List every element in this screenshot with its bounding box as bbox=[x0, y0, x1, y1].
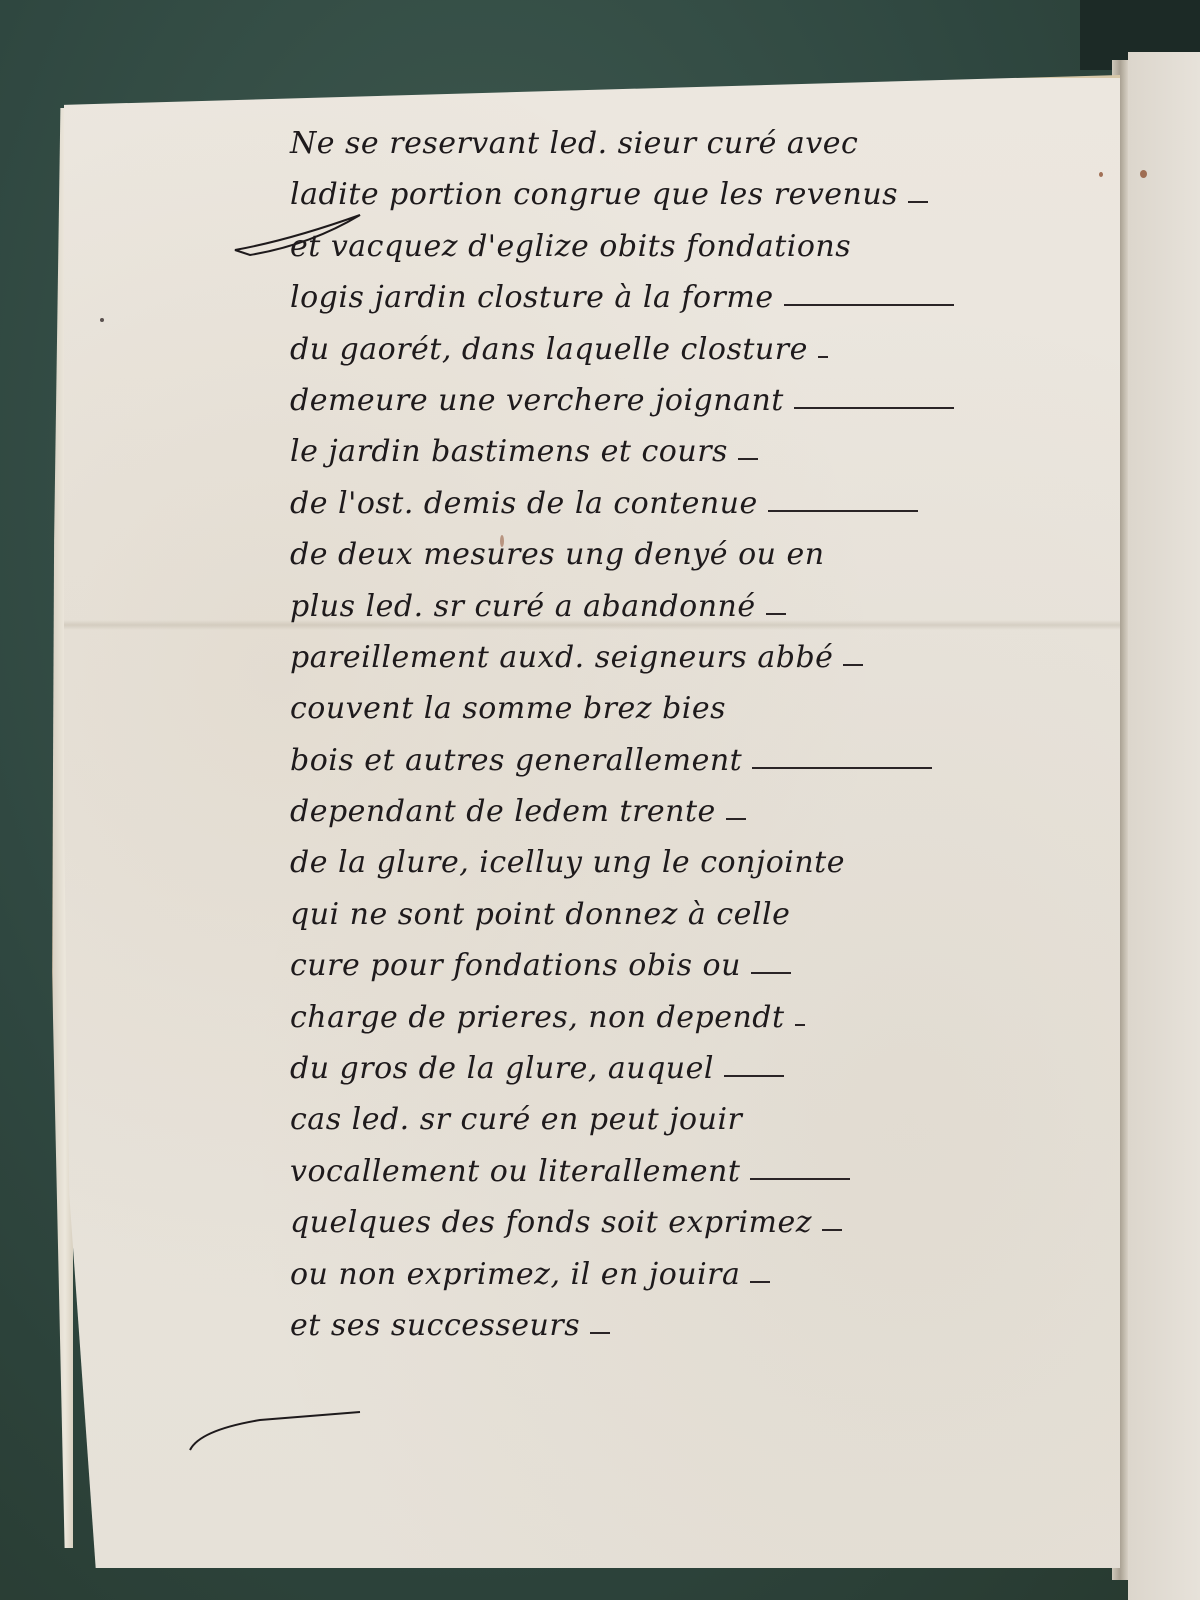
manuscript-line: couvent la somme brez bies bbox=[290, 683, 1120, 734]
manuscript-line: de la glure, icelluy ung le conjointe bbox=[290, 837, 1120, 888]
manuscript-line: Ne se reservant led. sieur curé avec bbox=[290, 118, 1120, 169]
manuscript-line: et vacquez d'eglize obits fondations bbox=[290, 221, 1120, 272]
manuscript-line-text: du gaorét, dans laquelle closture bbox=[290, 332, 808, 367]
manuscript-line-text: vocallement ou literallement bbox=[290, 1154, 740, 1189]
manuscript-line: ou non exprimez, il en jouira bbox=[290, 1249, 1120, 1300]
manuscript-line-text: de deux mesures ung denyé ou en bbox=[290, 537, 825, 572]
line-filler-stroke bbox=[843, 664, 863, 666]
manuscript-line: du gros de la glure, auquel bbox=[290, 1043, 1120, 1094]
manuscript-line-text: et ses successeurs bbox=[290, 1308, 580, 1343]
line-filler-stroke bbox=[794, 407, 954, 409]
manuscript-line-text: bois et autres generallement bbox=[290, 743, 742, 778]
facing-page-edge bbox=[1128, 52, 1200, 1600]
manuscript-line-text: qui ne sont point donnez à celle bbox=[290, 897, 790, 932]
line-filler-stroke bbox=[752, 767, 932, 769]
manuscript-line: logis jardin closture à la forme bbox=[290, 272, 1120, 323]
manuscript-line: bois et autres generallement bbox=[290, 735, 1120, 786]
manuscript-line: et ses successeurs bbox=[290, 1300, 1120, 1351]
manuscript-line-text: ou non exprimez, il en jouira bbox=[290, 1257, 740, 1292]
manuscript-line: ladite portion congrue que les revenus bbox=[290, 169, 1120, 220]
manuscript-line-text: le jardin bastimens et cours bbox=[290, 434, 728, 469]
manuscript-line: charge de prieres, non dependt bbox=[290, 992, 1120, 1043]
manuscript-line-text: de la glure, icelluy ung le conjointe bbox=[290, 845, 845, 880]
manuscript-line-text: demeure une verchere joignant bbox=[290, 383, 784, 418]
manuscript-line: cas led. sr curé en peut jouir bbox=[290, 1094, 1120, 1145]
ink-speck bbox=[100, 318, 104, 322]
line-filler-stroke bbox=[766, 613, 786, 615]
manuscript-line-text: logis jardin closture à la forme bbox=[290, 280, 774, 315]
manuscript-text: Ne se reservant led. sieur curé avecladi… bbox=[290, 118, 1120, 1351]
manuscript-line-text: quelques des fonds soit exprimez bbox=[290, 1205, 812, 1240]
manuscript-line-text: plus led. sr curé a abandonné bbox=[290, 589, 756, 624]
line-filler-stroke bbox=[590, 1332, 610, 1334]
manuscript-line-text: de l'ost. demis de la contenue bbox=[290, 486, 758, 521]
manuscript-line: du gaorét, dans laquelle closture bbox=[290, 324, 1120, 375]
line-filler-stroke bbox=[908, 201, 928, 203]
line-filler-stroke bbox=[795, 1024, 805, 1026]
line-filler-stroke bbox=[724, 1075, 784, 1077]
line-filler-stroke bbox=[750, 1281, 770, 1283]
line-filler-stroke bbox=[738, 458, 758, 460]
manuscript-line: le jardin bastimens et cours bbox=[290, 426, 1120, 477]
manuscript-line-text: cas led. sr curé en peut jouir bbox=[290, 1102, 742, 1137]
manuscript-line: de l'ost. demis de la contenue bbox=[290, 478, 1120, 529]
line-filler-stroke bbox=[750, 1178, 850, 1180]
manuscript-line-text: du gros de la glure, auquel bbox=[290, 1051, 714, 1086]
manuscript-line: dependant de ledem trente bbox=[290, 786, 1120, 837]
line-filler-stroke bbox=[818, 356, 828, 358]
manuscript-line: demeure une verchere joignant bbox=[290, 375, 1120, 426]
line-filler-stroke bbox=[784, 304, 954, 306]
manuscript-line-text: ladite portion congrue que les revenus bbox=[290, 177, 898, 212]
foxing-stain bbox=[1140, 170, 1147, 178]
line-filler-stroke bbox=[751, 972, 791, 974]
manuscript-line-text: et vacquez d'eglize obits fondations bbox=[290, 229, 851, 264]
manuscript-line-text: dependant de ledem trente bbox=[290, 794, 716, 829]
manuscript-line-text: charge de prieres, non dependt bbox=[290, 1000, 785, 1035]
manuscript-line-text: Ne se reservant led. sieur curé avec bbox=[290, 126, 858, 161]
manuscript-line: plus led. sr curé a abandonné bbox=[290, 581, 1120, 632]
manuscript-line-text: couvent la somme brez bies bbox=[290, 691, 726, 726]
manuscript-line: cure pour fondations obis ou bbox=[290, 940, 1120, 991]
line-filler-stroke bbox=[768, 510, 918, 512]
manuscript-line: quelques des fonds soit exprimez bbox=[290, 1197, 1120, 1248]
manuscript-line: qui ne sont point donnez à celle bbox=[290, 889, 1120, 940]
manuscript-line: pareillement auxd. seigneurs abbé bbox=[290, 632, 1120, 683]
manuscript-line: de deux mesures ung denyé ou en bbox=[290, 529, 1120, 580]
line-filler-stroke bbox=[726, 818, 746, 820]
manuscript-line: vocallement ou literallement bbox=[290, 1146, 1120, 1197]
line-filler-stroke bbox=[822, 1229, 842, 1231]
manuscript-line-text: cure pour fondations obis ou bbox=[290, 948, 741, 983]
manuscript-line-text: pareillement auxd. seigneurs abbé bbox=[290, 640, 833, 675]
